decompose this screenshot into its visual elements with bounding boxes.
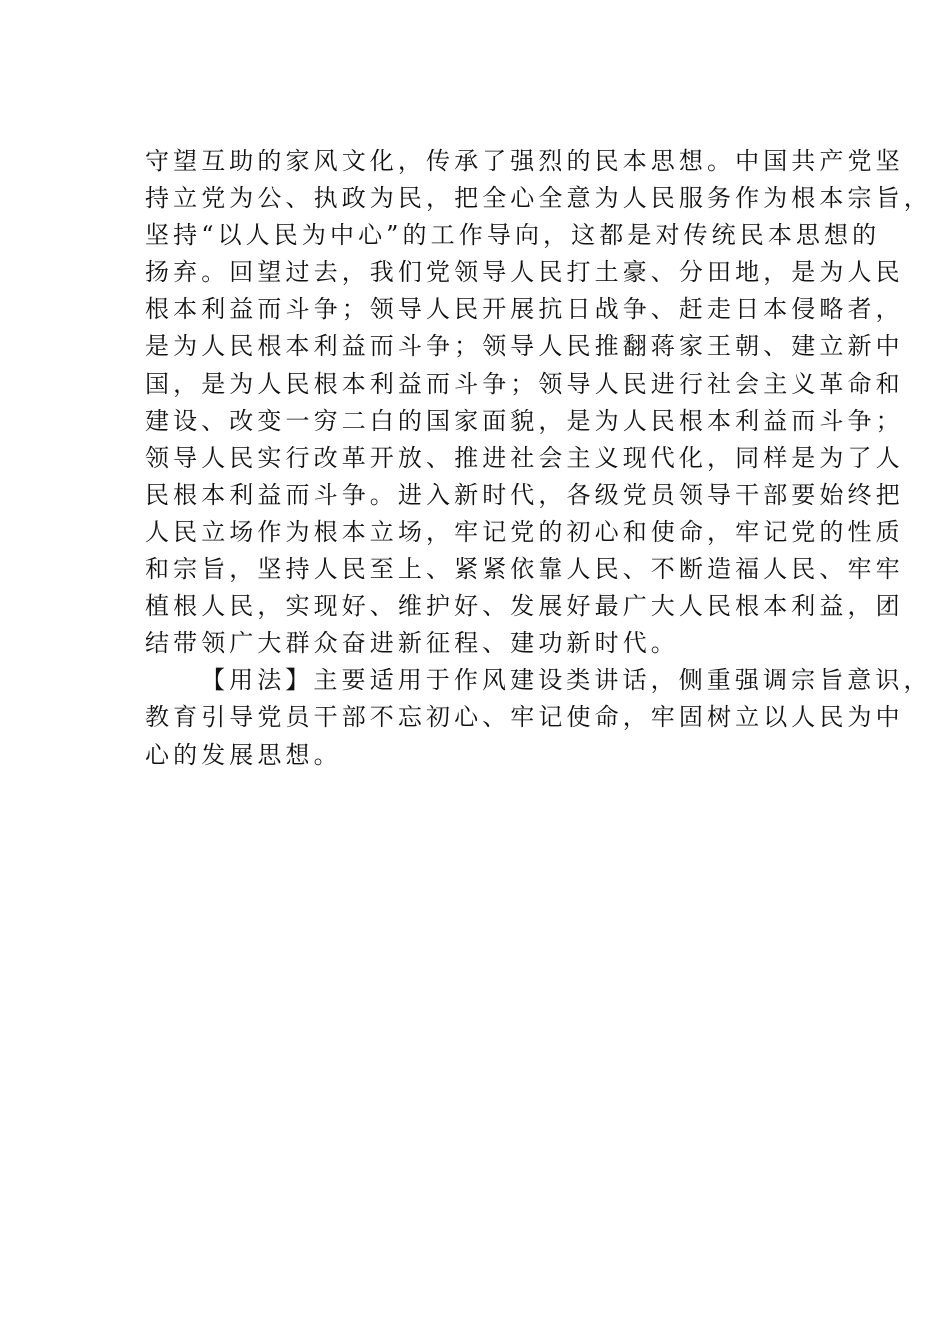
text-line: 领导人民实行改革开放、推进社会主义现代化，同样是为了人 [145,440,835,477]
text-line: 民根本利益而斗争。进入新时代，各级党员领导干部要始终把 [145,477,835,514]
text-line: 国，是为人民根本利益而斗争；领导人民进行社会主义革命和 [145,366,835,403]
text-line: 植根人民，实现好、维护好、发展好最广大人民根本利益，团 [145,588,835,625]
text-line: 扬弃。回望过去，我们党领导人民打土豪、分田地，是为人民 [145,254,835,291]
usage-paragraph: 【用法】主要适用于作风建设类讲话，侧重强调宗旨意识， 教育引导党员干部不忘初心、… [145,662,835,773]
document-body: 守望互助的家风文化，传承了强烈的民本思想。中国共产党坚 持立党为公、执政为民，把… [145,143,835,774]
text-line: 人民立场作为根本立场，牢记党的初心和使命，牢记党的性质 [145,514,835,551]
usage-line: 教育引导党员干部不忘初心、牢记使命，牢固树立以人民为中 [145,699,835,736]
text-line: 持立党为公、执政为民，把全心全意为人民服务作为根本宗旨， [145,180,835,217]
text-line: 守望互助的家风文化，传承了强烈的民本思想。中国共产党坚 [145,143,835,180]
text-line: 根本利益而斗争；领导人民开展抗日战争、赶走日本侵略者， [145,291,835,328]
usage-line: 心的发展思想。 [145,737,835,774]
main-paragraph: 守望互助的家风文化，传承了强烈的民本思想。中国共产党坚 持立党为公、执政为民，把… [145,143,835,662]
usage-line: 【用法】主要适用于作风建设类讲话，侧重强调宗旨意识， [145,662,835,699]
document-page: 守望互助的家风文化，传承了强烈的民本思想。中国共产党坚 持立党为公、执政为民，把… [0,0,950,1344]
text-line: 坚持“以人民为中心”的工作导向，这都是对传统民本思想的 [145,217,835,254]
text-line: 是为人民根本利益而斗争；领导人民推翻蒋家王朝、建立新中 [145,328,835,365]
text-line: 建设、改变一穷二白的国家面貌，是为人民根本利益而斗争； [145,403,835,440]
text-line: 和宗旨，坚持人民至上、紧紧依靠人民、不断造福人民、牢牢 [145,551,835,588]
text-line: 结带领广大群众奋进新征程、建功新时代。 [145,625,835,662]
